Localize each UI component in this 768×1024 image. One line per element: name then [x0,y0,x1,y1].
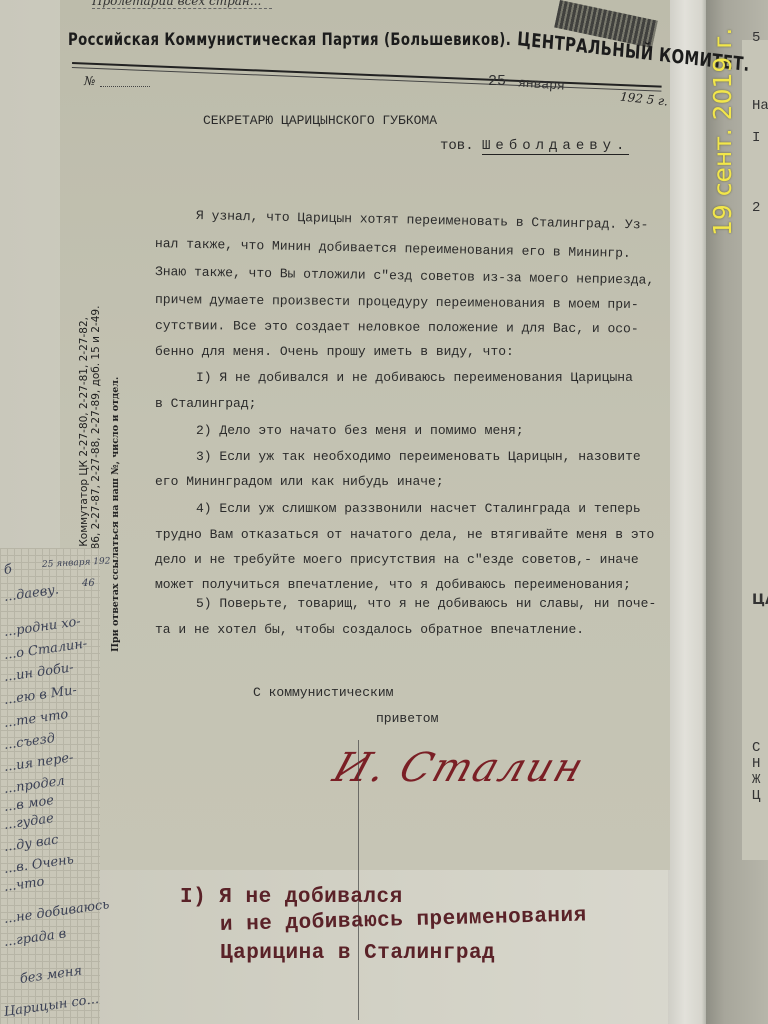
right-page-fragment: С [752,740,760,756]
caption-line: Царицина в Сталинград [220,942,495,965]
recipient: тов. Шеболдаеву. [440,138,629,154]
organization-name: Российская Коммунистическая Партия (Боль… [68,30,511,50]
date-day: 25 [488,73,506,90]
letter-line: 5) Поверьте, товарищ, что я не добиваюсь… [196,596,656,611]
photo-timestamp: 19 сент. 2019 г. [708,28,737,236]
draft-number: 46 [82,578,95,589]
letterhead-organization: Российская Коммунистическая Партия (Боль… [68,28,749,50]
addressee: СЕКРЕТАРЮ ЦАРИЦЫНСКОГО ГУБКОМА [203,113,437,128]
letter-line: 3) Если уж так необходимо переименовать … [196,449,641,464]
switchboard-phones: 4. Коммутатор ЦК 2-27-80, 2-27-81, 2-27-… [78,317,90,560]
right-page-fragment: Ж [752,772,760,788]
right-page-inset [742,40,768,860]
letter-line: трудно Вам отказаться от начатого дела, … [155,527,654,542]
right-page-fragment: 2 [752,200,760,216]
letter-line: 4) Если уж слишком раззвонили насчет Ста… [196,501,641,516]
reply-instruction: При ответах ссылаться на наш №, число и … [110,377,121,652]
letter-line: его Мининградом или как нибудь иначе; [155,474,444,489]
document-number-field [100,86,150,87]
letter-line: бенно для меня. Очень прошу иметь в виду… [155,344,514,359]
letter-line: может получиться впечатление, что я доби… [155,577,631,592]
letterhead-slogan: Пролетарии всех стран... [92,0,272,9]
letter-line: I) Я не добивался и не добиваюсь переиме… [196,370,633,385]
recipient-name: Шеболдаеву. [482,138,629,155]
right-page-fragment: Н [752,756,760,772]
caption-line: I) Я не добивался [180,886,403,909]
letter-line: в Сталинград; [155,396,256,411]
letter-line: та и не хотел бы, чтобы создалось обратн… [155,622,584,637]
letter-line: 2) Дело это начато без меня и помимо мен… [196,423,524,438]
right-page-fragment: 5 [752,30,760,46]
closing-line: С коммунистическим [253,685,393,700]
right-page-fragment: На [752,98,768,114]
fold-crease [358,740,359,1020]
photo-scene: 5 На I 2 ЦА С Н Ж Ц Пролетарии всех стра… [0,0,768,1024]
signature: И. Сталин [328,745,591,791]
recipient-prefix: тов. [440,138,474,154]
book-gutter [668,0,710,1024]
right-page-fragment: ЦА [752,592,768,608]
closing-line: приветом [376,711,438,726]
right-page-fragment: Ц [752,788,760,804]
date-month: января [518,75,566,93]
document-number-label: № [84,74,95,88]
right-page-fragment: I [752,130,760,146]
letter-line: дело и не требуйте моего присутствия на … [155,552,639,567]
